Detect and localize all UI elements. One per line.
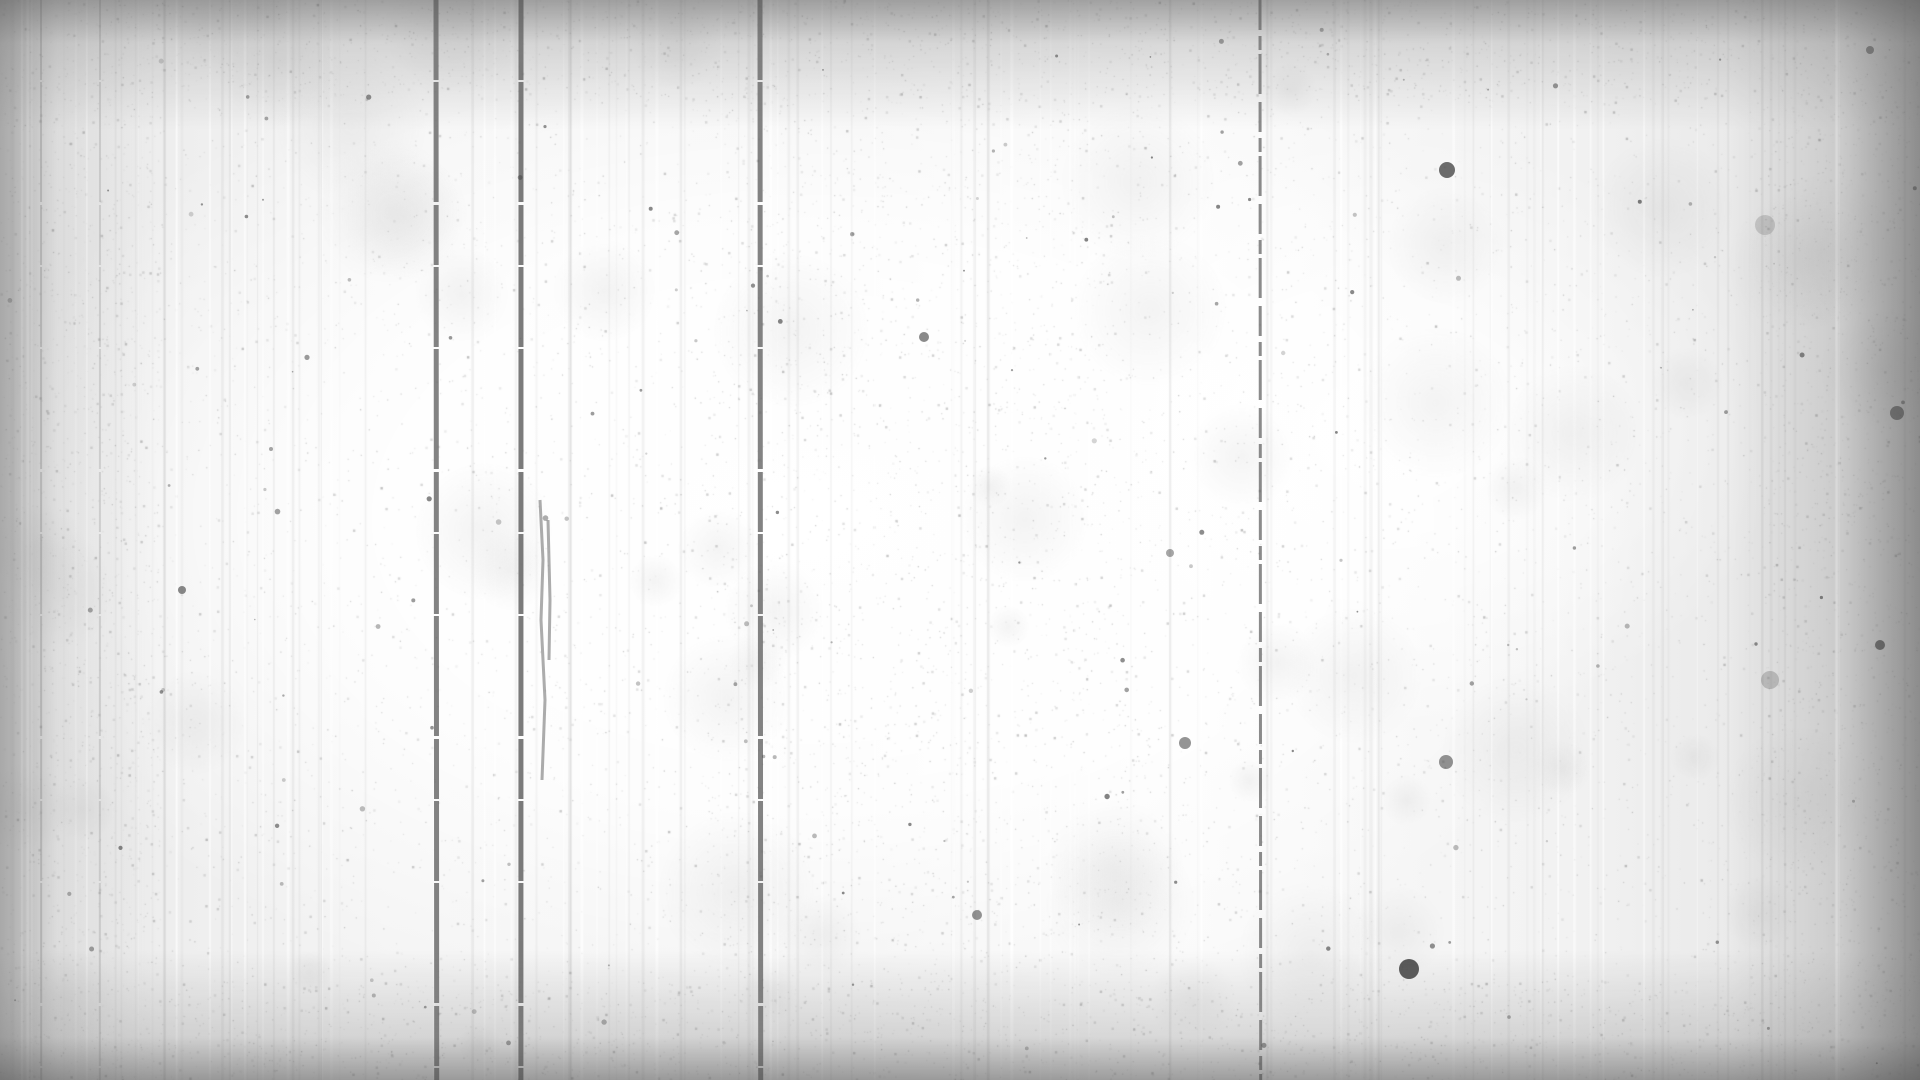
dust-speck: [246, 95, 250, 99]
dust-speck: [269, 447, 273, 451]
dust-speck: [282, 778, 286, 782]
dust-speck: [1248, 198, 1251, 201]
dust-speck: [1084, 238, 1088, 242]
dust-speck: [496, 519, 502, 525]
dust-speck: [1724, 410, 1728, 414]
dust-speck: [1439, 162, 1455, 178]
dust-speck: [744, 739, 748, 743]
dust-speck: [963, 270, 965, 272]
dust-speck: [967, 881, 969, 883]
dust-speck: [1889, 49, 1891, 51]
dust-speck: [1215, 302, 1219, 306]
dust-speck: [1025, 1047, 1029, 1051]
dust-speck: [1150, 56, 1152, 58]
dust-speck: [427, 496, 432, 501]
dust-speck: [14, 999, 16, 1001]
dust-speck: [1453, 845, 1458, 850]
dust-speck: [952, 896, 955, 899]
dust-speck: [424, 1006, 427, 1009]
dust-speck: [506, 1041, 511, 1046]
dust-speck: [1018, 561, 1020, 563]
dust-speck: [282, 694, 284, 696]
dust-speck: [1120, 658, 1125, 663]
dust-speck: [1714, 256, 1716, 258]
dust-speck: [943, 840, 945, 842]
dust-speck: [262, 199, 264, 201]
dust-speck: [762, 755, 765, 758]
dust-speck: [472, 1009, 477, 1014]
dust-speck: [1430, 943, 1435, 948]
dust-speck: [1573, 546, 1576, 549]
dust-speck: [1357, 611, 1359, 613]
dust-speck: [1326, 946, 1330, 950]
dust-speck: [1456, 276, 1461, 281]
dust-speck: [1487, 89, 1489, 91]
dust-speck: [1439, 755, 1453, 769]
dust-speck: [1901, 401, 1905, 405]
dust-speck: [1638, 200, 1642, 204]
dust-speck: [481, 879, 484, 882]
dust-speck: [1092, 438, 1097, 443]
dust-speck: [1755, 215, 1775, 235]
dust-speck: [773, 755, 777, 759]
dust-speck: [265, 117, 269, 121]
dust-speck: [1238, 161, 1243, 166]
dust-speck: [178, 586, 186, 594]
dust-speck: [744, 621, 749, 626]
dust-speck: [1261, 1043, 1266, 1048]
dust-speck: [1403, 79, 1405, 81]
dust-speck: [1596, 664, 1600, 668]
dust-speck: [751, 284, 755, 288]
dust-speck: [1660, 367, 1662, 369]
dust-speck: [1525, 698, 1527, 700]
dust-speck: [7, 298, 12, 303]
dust-specks-layer: [0, 0, 1920, 1080]
dust-speck: [1773, 263, 1775, 265]
dust-speck: [543, 515, 549, 521]
dust-speck: [1004, 143, 1008, 147]
dust-speck: [449, 336, 453, 340]
dust-speck: [1800, 353, 1805, 358]
dust-speck: [831, 641, 833, 643]
dust-speck: [411, 598, 415, 602]
dust-speck: [370, 978, 374, 982]
dust-speck: [1327, 53, 1330, 56]
dust-speck: [168, 484, 171, 487]
dust-speck: [640, 389, 643, 392]
dust-speck: [1174, 881, 1177, 884]
dust-speck: [976, 197, 979, 200]
dust-speck: [1448, 941, 1451, 944]
dust-speck: [1011, 369, 1013, 371]
dust-speck: [1875, 640, 1885, 650]
dust-speck: [1166, 549, 1174, 557]
dust-speck: [746, 310, 748, 312]
dust-speck: [189, 212, 194, 217]
dust-speck: [360, 806, 365, 811]
dust-speck: [972, 910, 982, 920]
dust-speck: [766, 275, 769, 278]
dust-speck: [1044, 457, 1046, 459]
dust-speck: [195, 367, 199, 371]
dust-speck: [1719, 59, 1721, 61]
dust-speck: [1689, 202, 1693, 206]
film-grain-texture: [0, 0, 1920, 1080]
dust-speck: [1716, 941, 1719, 944]
dust-speck: [1281, 351, 1285, 355]
dust-speck: [772, 1041, 774, 1043]
dust-speck: [1189, 564, 1193, 568]
dust-speck: [1820, 596, 1823, 599]
dust-speck: [812, 834, 817, 839]
dust-speck: [275, 824, 279, 828]
dust-speck: [778, 319, 783, 324]
dust-speck: [608, 964, 610, 966]
dust-speck: [348, 278, 352, 282]
dust-speck: [734, 682, 738, 686]
dust-speck: [1292, 750, 1294, 752]
dust-speck: [1121, 791, 1124, 794]
dust-speck: [304, 355, 309, 360]
dust-speck: [1055, 55, 1058, 58]
dust-speck: [1320, 28, 1324, 32]
dust-speck: [1219, 39, 1224, 44]
dust-speck: [674, 230, 679, 235]
dust-speck: [1767, 1027, 1770, 1030]
dust-speck: [1172, 292, 1174, 294]
dust-speck: [919, 332, 929, 342]
dust-speck: [118, 846, 122, 850]
dust-speck: [1553, 83, 1558, 88]
dust-speck: [245, 215, 249, 219]
dust-speck: [1199, 530, 1204, 535]
dust-speck: [1353, 213, 1357, 217]
dust-speck: [1876, 1062, 1878, 1064]
dust-speck: [543, 125, 546, 128]
dust-speck: [776, 511, 779, 514]
dust-speck: [1761, 671, 1779, 689]
dust-speck: [507, 863, 510, 866]
dust-speck: [992, 149, 995, 152]
dust-speck: [1179, 737, 1191, 749]
dust-speck: [1507, 644, 1509, 646]
dust-speck: [1546, 840, 1548, 842]
dust-speck: [750, 604, 753, 607]
dust-speck: [430, 726, 434, 730]
dust-speck: [645, 453, 647, 455]
dust-speck: [1104, 794, 1109, 799]
dust-speck: [1399, 959, 1419, 979]
dust-speck: [964, 340, 966, 342]
dust-speck: [1112, 215, 1115, 218]
dust-speck: [852, 984, 854, 986]
dust-speck: [366, 95, 371, 100]
dust-speck: [254, 619, 256, 621]
dust-speck: [772, 629, 774, 631]
dust-speck: [908, 823, 911, 826]
dust-speck: [565, 517, 569, 521]
dust-speck: [1470, 681, 1474, 685]
dust-speck: [1507, 1015, 1511, 1019]
dust-speck: [160, 690, 164, 694]
dust-speck: [1754, 642, 1757, 645]
dust-speck: [1220, 130, 1223, 133]
dust-speck: [1516, 648, 1518, 650]
dust-speck: [372, 994, 376, 998]
dust-speck: [1078, 924, 1080, 926]
dust-speck: [280, 882, 284, 886]
dust-speck: [694, 339, 697, 342]
dust-speck: [601, 1019, 606, 1024]
dust-speck: [1124, 688, 1129, 693]
dust-speck: [842, 892, 845, 895]
dust-speck: [649, 207, 653, 211]
dust-speck: [201, 203, 203, 205]
dust-speck: [1890, 406, 1904, 420]
dust-speck: [1913, 186, 1917, 190]
dust-speck: [1866, 46, 1874, 54]
dust-speck: [1335, 431, 1338, 434]
dust-speck: [1151, 156, 1153, 158]
dust-speck: [969, 689, 973, 693]
dust-speck: [1026, 237, 1028, 239]
dust-speck: [88, 608, 93, 613]
dust-speck: [292, 371, 294, 373]
dust-speck: [1350, 290, 1354, 294]
dust-speck: [518, 175, 523, 180]
dust-speck: [916, 298, 919, 301]
dust-speck: [89, 947, 94, 952]
dust-speck: [822, 69, 824, 71]
dust-speck: [591, 412, 595, 416]
dust-speck: [1852, 800, 1855, 803]
dust-speck: [159, 59, 164, 64]
dust-speck: [1692, 309, 1694, 311]
dust-speck: [376, 624, 381, 629]
dust-speck: [636, 681, 640, 685]
dust-speck: [263, 488, 266, 491]
dust-speck: [132, 383, 136, 387]
dust-speck: [675, 288, 678, 291]
dust-speck: [1216, 205, 1220, 209]
dust-speck: [1339, 559, 1342, 562]
dust-speck: [1625, 624, 1630, 629]
dust-speck: [67, 892, 71, 896]
dust-speck: [850, 232, 854, 236]
dust-speck: [275, 509, 281, 515]
dust-speck: [107, 190, 109, 192]
